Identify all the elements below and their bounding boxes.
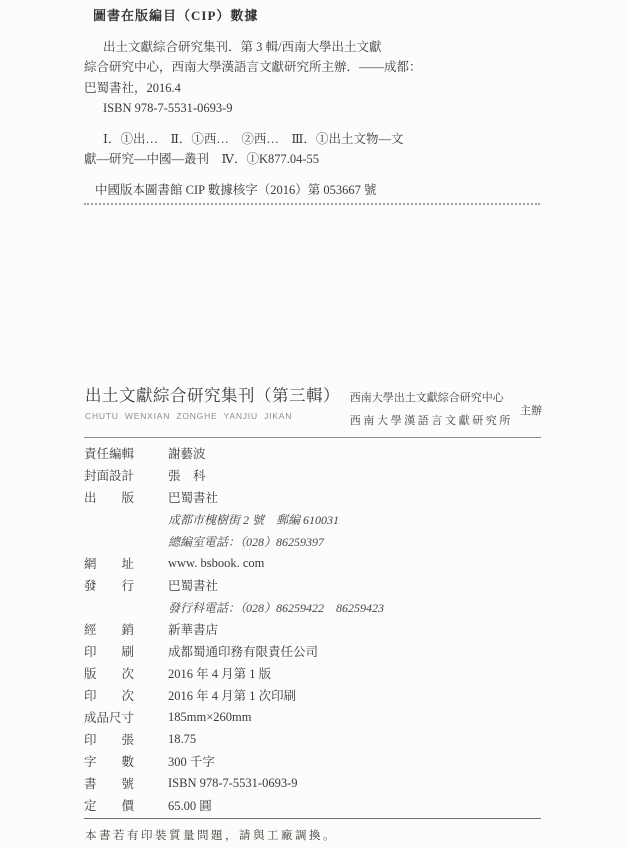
row-value: 18.75 — [168, 732, 196, 747]
colophon-row-impression: 印 次 2016 年 4 月第 1 次印刷 — [84, 684, 554, 706]
colophon-row-isbn: 書 號 ISBN 978-7-5531-0693-9 — [84, 772, 554, 794]
row-value: 185mm×260mm — [168, 710, 251, 725]
copyright-page: 圖書在版編目（CIP）數據 出土文獻綜合研究集刊．第 3 輯/西南大學出土文獻 … — [0, 0, 627, 848]
cip-section: 圖書在版編目（CIP）數據 出土文獻綜合研究集刊．第 3 輯/西南大學出土文獻 … — [84, 6, 546, 200]
row-value: 張 科 — [168, 466, 206, 484]
row-label: 責任編輯 — [84, 444, 150, 462]
row-label: 字 數 — [84, 752, 150, 770]
row-value: 2016 年 4 月第 1 次印刷 — [168, 686, 296, 704]
colophon-row-publisher: 出 版 巴蜀書社 — [84, 486, 554, 508]
row-value: 總編室電話：（028）86259397 — [168, 533, 324, 550]
book-title-pinyin: CHUTU WENXIAN ZONGHE YANJIU JIKAN — [85, 411, 340, 421]
colophon-row-distributor: 發 行 巴蜀書社 — [84, 574, 554, 596]
colophon-row-price: 定 價 65.00 圓 — [84, 794, 554, 816]
row-label: 經 銷 — [84, 620, 150, 638]
colophon-list: 責任編輯 謝藝波 封面設計 張 科 出 版 巴蜀書社 成都市槐樹街 2 號 郵編… — [84, 442, 554, 816]
quality-note: 本書若有印裝質量問題，請與工廠調換。 — [85, 827, 337, 843]
row-label: 定 價 — [84, 796, 150, 814]
cip-line: 出土文獻綜合研究集刊．第 3 輯/西南大學出土文獻 — [84, 37, 546, 58]
row-value: 新華書店 — [168, 620, 218, 638]
organizer-lines: 西南大學出土文獻綜合研究中心 西南大學漢語言文獻研究所 — [350, 387, 513, 432]
row-value: 發行科電話：（028）86259422 86259423 — [168, 599, 384, 616]
row-value: 65.00 圓 — [168, 796, 212, 814]
row-label: 印 刷 — [84, 642, 150, 660]
colophon-row-printer: 印 刷 成都蜀通印務有限責任公司 — [84, 640, 554, 662]
footer-divider — [84, 818, 541, 819]
row-label: 網 址 — [84, 554, 150, 572]
row-value: 巴蜀書社 — [168, 576, 218, 594]
cip-record-number: 中國版本圖書館 CIP 數據核字（2016）第 053667 號 — [84, 180, 546, 201]
cip-line: 綜合研究中心，西南大學漢語言文獻研究所主辦．——成都： — [84, 57, 546, 78]
colophon-row-retailer: 經 銷 新華書店 — [84, 618, 554, 640]
colophon-row-editor: 責任編輯 謝藝波 — [84, 442, 554, 464]
organizer-line-1: 西南大學出土文獻綜合研究中心 — [350, 387, 513, 410]
row-label: 成品尺寸 — [84, 708, 150, 726]
colophon-row-website: 網 址 www. bsbook. com — [84, 552, 554, 574]
row-label: 發 行 — [84, 576, 150, 594]
cip-classification-line: 獻—研究—中國—叢刊 Ⅳ．①K877.04-55 — [84, 149, 546, 170]
organizer-block: 西南大學出土文獻綜合研究中心 西南大學漢語言文獻研究所 主辦 — [350, 387, 542, 432]
row-value: 成都蜀通印務有限責任公司 — [168, 642, 318, 660]
cip-header: 圖書在版編目（CIP）數據 — [93, 6, 546, 27]
colophon-row-distribution-phone: 發行科電話：（028）86259422 86259423 — [84, 596, 554, 618]
masthead: 出土文獻綜合研究集刊（第三輯） CHUTU WENXIAN ZONGHE YAN… — [85, 386, 542, 432]
title-block: 出土文獻綜合研究集刊（第三輯） CHUTU WENXIAN ZONGHE YAN… — [85, 386, 340, 421]
row-value: 巴蜀書社 — [168, 488, 218, 506]
row-label: 印 張 — [84, 730, 150, 748]
row-label: 書 號 — [84, 774, 150, 792]
colophon-row-trim-size: 成品尺寸 185mm×260mm — [84, 706, 554, 728]
dotted-divider — [84, 203, 540, 205]
row-value: ISBN 978-7-5531-0693-9 — [168, 776, 298, 791]
colophon-row-cover-design: 封面設計 張 科 — [84, 464, 554, 486]
colophon-row-word-count: 字 數 300 千字 — [84, 750, 554, 772]
row-label: 印 次 — [84, 686, 150, 704]
row-label: 封面設計 — [84, 466, 150, 484]
book-title: 出土文獻綜合研究集刊（第三輯） — [85, 386, 340, 406]
row-value: 2016 年 4 月第 1 版 — [168, 664, 271, 682]
colophon-row-editorial-phone: 總編室電話：（028）86259397 — [84, 530, 554, 552]
colophon-row-sheets: 印 張 18.75 — [84, 728, 554, 750]
row-label: 版 次 — [84, 664, 150, 682]
cip-line: 巴蜀書社，2016.4 — [84, 78, 546, 99]
colophon-row-address: 成都市槐樹街 2 號 郵編 610031 — [84, 508, 554, 530]
row-label: 出 版 — [84, 488, 150, 506]
cip-line: ISBN 978-7-5531-0693-9 — [84, 98, 546, 119]
colophon-row-edition: 版 次 2016 年 4 月第 1 版 — [84, 662, 554, 684]
organizer-line-2: 西南大學漢語言文獻研究所 — [350, 410, 513, 433]
row-value: 謝藝波 — [168, 444, 206, 462]
row-value: 300 千字 — [168, 752, 215, 770]
masthead-divider — [84, 437, 541, 438]
row-value: www. bsbook. com — [168, 556, 264, 571]
cip-classification-line: Ⅰ．①出… Ⅱ．①西… ②西… Ⅲ．①出土文物—文 — [84, 129, 546, 150]
organizer-role: 主辦 — [520, 402, 542, 418]
row-value: 成都市槐樹街 2 號 郵編 610031 — [168, 511, 339, 528]
